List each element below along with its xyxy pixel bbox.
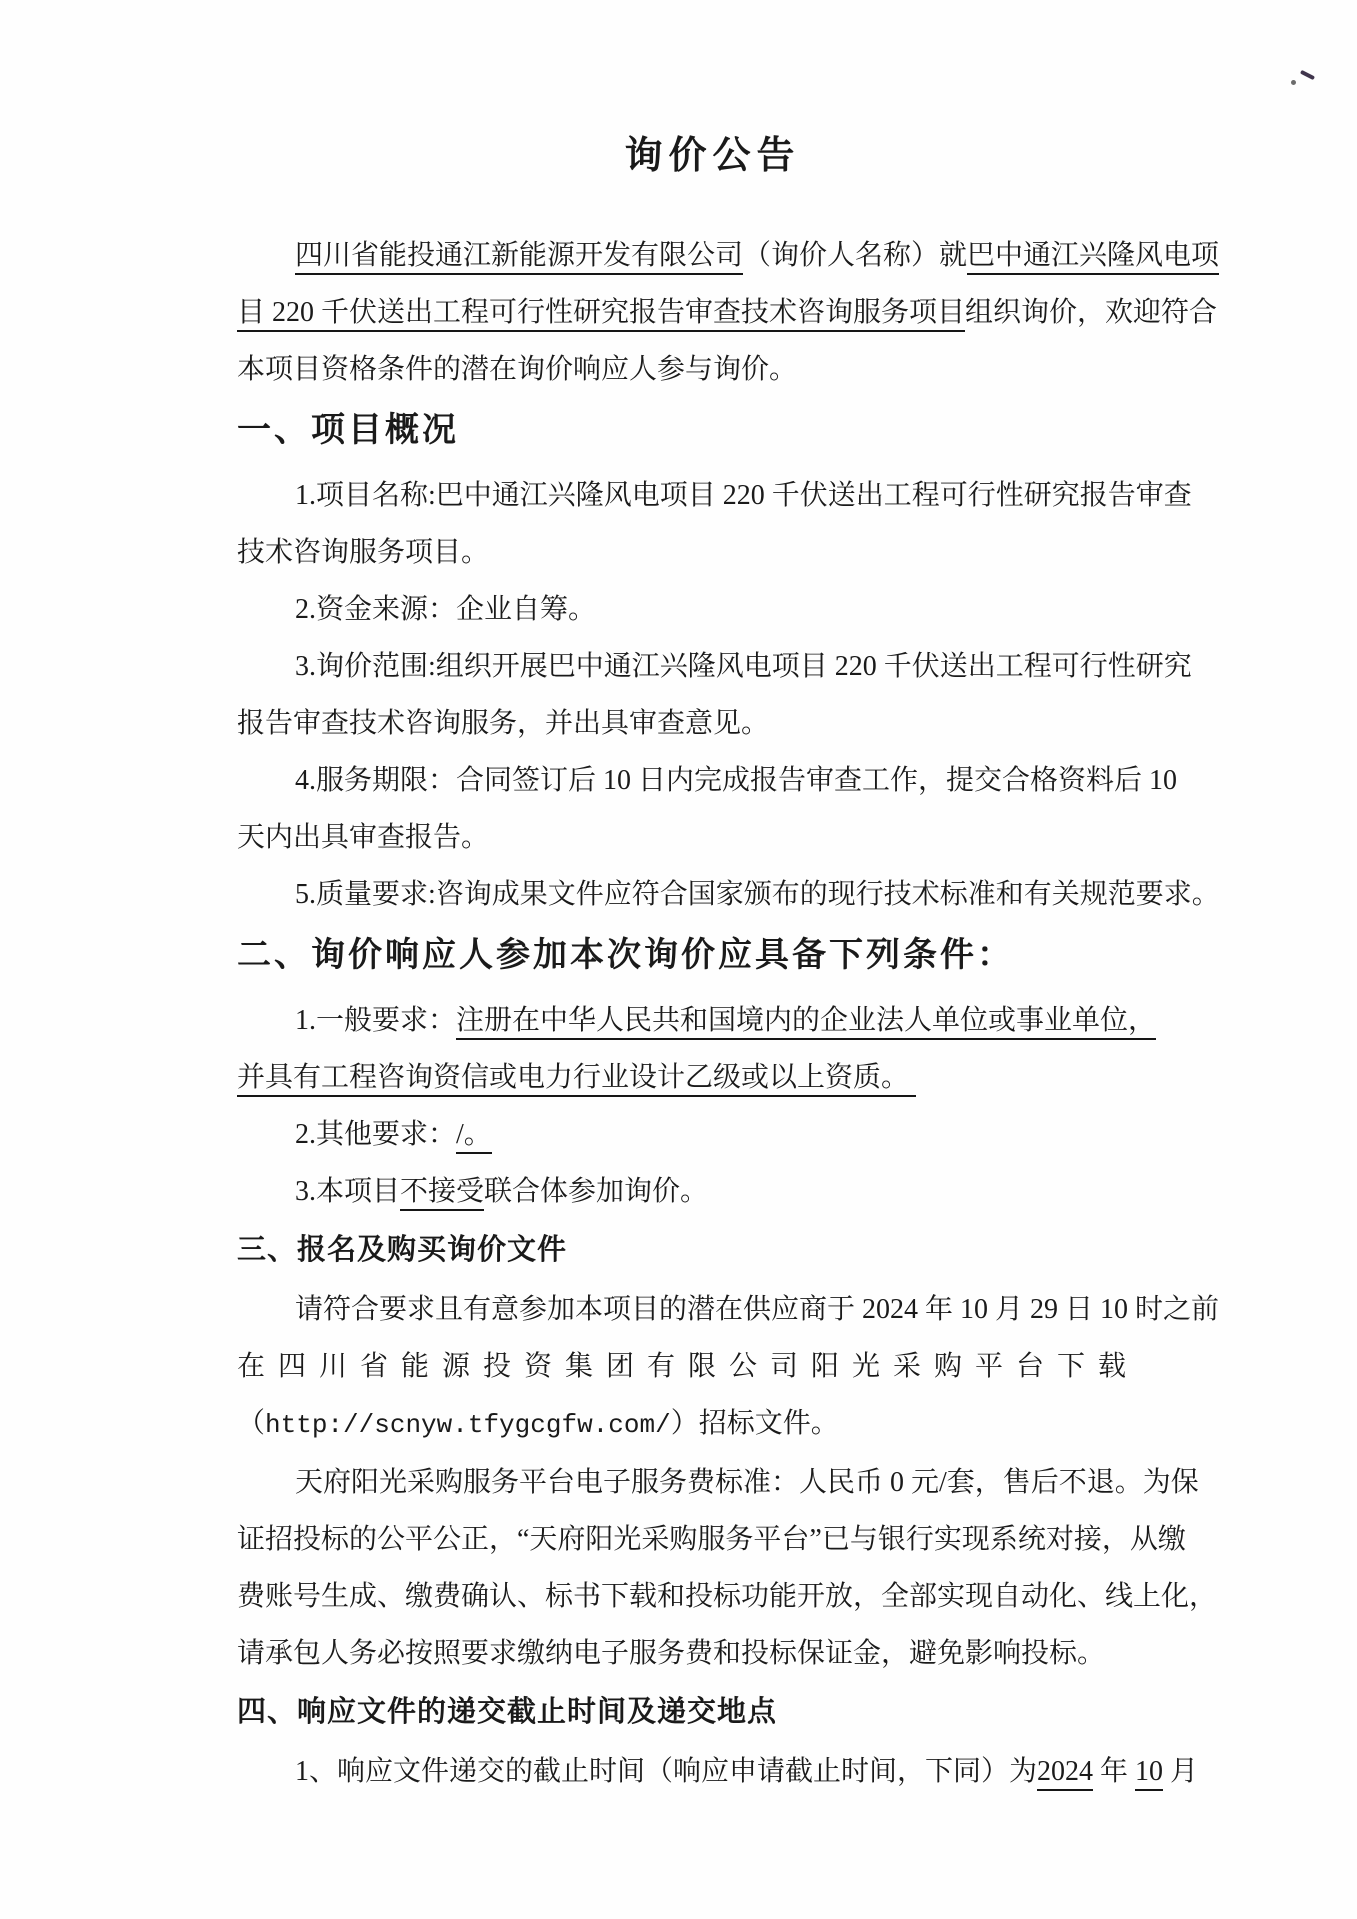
text-segment: 证招投标的公平公正，“天府阳光采购服务平台”已与银行实现系统对接，从缴: [237, 1524, 1186, 1555]
underlined-text: 10: [1135, 1756, 1163, 1791]
text-segment: 2.其他要求：: [295, 1119, 456, 1150]
text-segment: （: [237, 1408, 265, 1439]
underlined-text: 2024: [1037, 1756, 1093, 1791]
text-line: 1、响应文件递交的截止时间（响应申请截止时间，下同）为2024 年 10 月: [237, 1743, 1142, 1800]
text-line: 费账号生成、缴费确认、标书下载和投标功能开放，全部实现自动化、线上化，: [237, 1568, 1142, 1625]
text-line: 技术咨询服务项目。: [237, 524, 1142, 581]
text-line: 2.资金来源：企业自筹。: [237, 581, 1142, 638]
text-line: 天内出具审查报告。: [237, 809, 1142, 866]
text-line: 在四川省能源投资集团有限公司阳光采购平台下载: [237, 1338, 1142, 1395]
underlined-text: 目 220 千伏送出工程可行性研究报告审查技术咨询服务项目: [237, 297, 965, 332]
text-segment: 1.一般要求：: [295, 1005, 456, 1036]
scan-speck-dot-icon: [1291, 80, 1296, 85]
underlined-text: 注册在中华人民共和国境内的企业法人单位或事业单位，: [456, 1005, 1156, 1040]
text-segment: 1、响应文件递交的截止时间（响应申请截止时间，下同）为: [295, 1756, 1037, 1787]
text-segment: 本项目资格条件的潜在询价响应人参与询价。: [237, 354, 797, 385]
section-heading: 二、询价响应人参加本次询价应具备下列条件：: [237, 927, 1142, 984]
text-segment: 在四川省能源投资集团有限公司阳光采购平台下载: [237, 1351, 1139, 1382]
text-segment: 三、报名及购买询价文件: [237, 1234, 567, 1266]
text-line: 3.本项目不接受联合体参加询价。: [237, 1163, 1142, 1220]
text-segment: 二、询价响应人参加本次询价应具备下列条件：: [237, 936, 1014, 974]
text-line: 5.质量要求:咨询成果文件应符合国家颁布的现行技术标准和有关规范要求。: [237, 866, 1142, 923]
text-segment: 天内出具审查报告。: [237, 822, 489, 853]
underlined-text: 并具有工程咨询资信或电力行业设计乙级或以上资质。: [237, 1062, 916, 1097]
text-segment: ）招标文件。: [671, 1408, 839, 1439]
document-title: 询价公告: [237, 128, 1142, 185]
document-body: 四川省能投通江新能源开发有限公司（询价人名称）就巴中通江兴隆风电项目 220 千…: [237, 227, 1142, 1800]
scan-speck-stroke-icon: [1300, 70, 1315, 80]
text-line: 1.一般要求：注册在中华人民共和国境内的企业法人单位或事业单位，: [237, 992, 1142, 1049]
text-segment: 天府阳光采购服务平台电子服务费标准：人民币 0 元/套，售后不退。为保: [295, 1467, 1199, 1498]
section-heading: 一、项目概况: [237, 402, 1142, 459]
text-segment: 年: [1093, 1756, 1135, 1787]
text-segment: 技术咨询服务项目。: [237, 537, 489, 568]
page: 询价公告 四川省能投通江新能源开发有限公司（询价人名称）就巴中通江兴隆风电项目 …: [0, 0, 1357, 1919]
text-line: 3.询价范围:组织开展巴中通江兴隆风电项目 220 千伏送出工程可行性研究: [237, 638, 1142, 695]
text-line: 请符合要求且有意参加本项目的潜在供应商于 2024 年 10 月 29 日 10…: [237, 1281, 1142, 1338]
text-line: 4.服务期限：合同签订后 10 日内完成报告审查工作，提交合格资料后 10: [237, 752, 1142, 809]
text-line: 目 220 千伏送出工程可行性研究报告审查技术咨询服务项目组织询价，欢迎符合: [237, 284, 1142, 341]
underlined-text: 巴中通江兴隆风电项: [967, 240, 1219, 275]
underlined-text: 四川省能投通江新能源开发有限公司: [295, 240, 743, 275]
text-segment: 费账号生成、缴费确认、标书下载和投标功能开放，全部实现自动化、线上化，: [237, 1581, 1217, 1612]
section-heading: 三、报名及购买询价文件: [237, 1222, 1142, 1279]
underlined-text: 不接受: [400, 1176, 484, 1211]
text-line: 天府阳光采购服务平台电子服务费标准：人民币 0 元/套，售后不退。为保: [237, 1454, 1142, 1511]
text-line: 证招投标的公平公正，“天府阳光采购服务平台”已与银行实现系统对接，从缴: [237, 1511, 1142, 1568]
text-segment: 请符合要求且有意参加本项目的潜在供应商于 2024 年 10 月 29 日 10…: [295, 1294, 1219, 1325]
text-line: 请承包人务必按照要求缴纳电子服务费和投标保证金，避免影响投标。: [237, 1625, 1142, 1682]
text-segment: 报告审查技术咨询服务，并出具审查意见。: [237, 708, 769, 739]
text-segment: 4.服务期限：合同签订后 10 日内完成报告审查工作，提交合格资料后 10: [295, 765, 1177, 796]
text-segment: 组织询价，欢迎符合: [965, 297, 1217, 328]
underlined-text: /。: [456, 1119, 492, 1154]
text-segment: 3.询价范围:组织开展巴中通江兴隆风电项目 220 千伏送出工程可行性研究: [295, 651, 1192, 682]
text-segment: 5.质量要求:咨询成果文件应符合国家颁布的现行技术标准和有关规范要求。: [295, 879, 1220, 910]
text-segment: 一、项目概况: [237, 411, 459, 449]
text-line: 报告审查技术咨询服务，并出具审查意见。: [237, 695, 1142, 752]
section-heading: 四、响应文件的递交截止时间及递交地点: [237, 1684, 1142, 1741]
text-line: 2.其他要求：/。: [237, 1106, 1142, 1163]
text-segment: 联合体参加询价。: [484, 1176, 708, 1207]
text-line: 四川省能投通江新能源开发有限公司（询价人名称）就巴中通江兴隆风电项: [237, 227, 1142, 284]
text-segment: 1.项目名称:巴中通江兴隆风电项目 220 千伏送出工程可行性研究报告审查: [295, 480, 1192, 511]
url-text: http://scnyw.tfygcgfw.com/: [265, 1410, 671, 1440]
text-line: 本项目资格条件的潜在询价响应人参与询价。: [237, 341, 1142, 398]
text-line: （http://scnyw.tfygcgfw.com/）招标文件。: [237, 1395, 1142, 1454]
text-segment: （询价人名称）就: [743, 240, 967, 271]
text-segment: 四、响应文件的递交截止时间及递交地点: [237, 1696, 777, 1728]
text-segment: 3.本项目: [295, 1176, 400, 1207]
text-segment: 2.资金来源：企业自筹。: [295, 594, 596, 625]
text-line: 1.项目名称:巴中通江兴隆风电项目 220 千伏送出工程可行性研究报告审查: [237, 467, 1142, 524]
document-content: 询价公告 四川省能投通江新能源开发有限公司（询价人名称）就巴中通江兴隆风电项目 …: [237, 128, 1142, 1800]
text-segment: 月: [1163, 1756, 1198, 1787]
text-line: 并具有工程咨询资信或电力行业设计乙级或以上资质。: [237, 1049, 1142, 1106]
text-segment: 请承包人务必按照要求缴纳电子服务费和投标保证金，避免影响投标。: [237, 1638, 1105, 1669]
